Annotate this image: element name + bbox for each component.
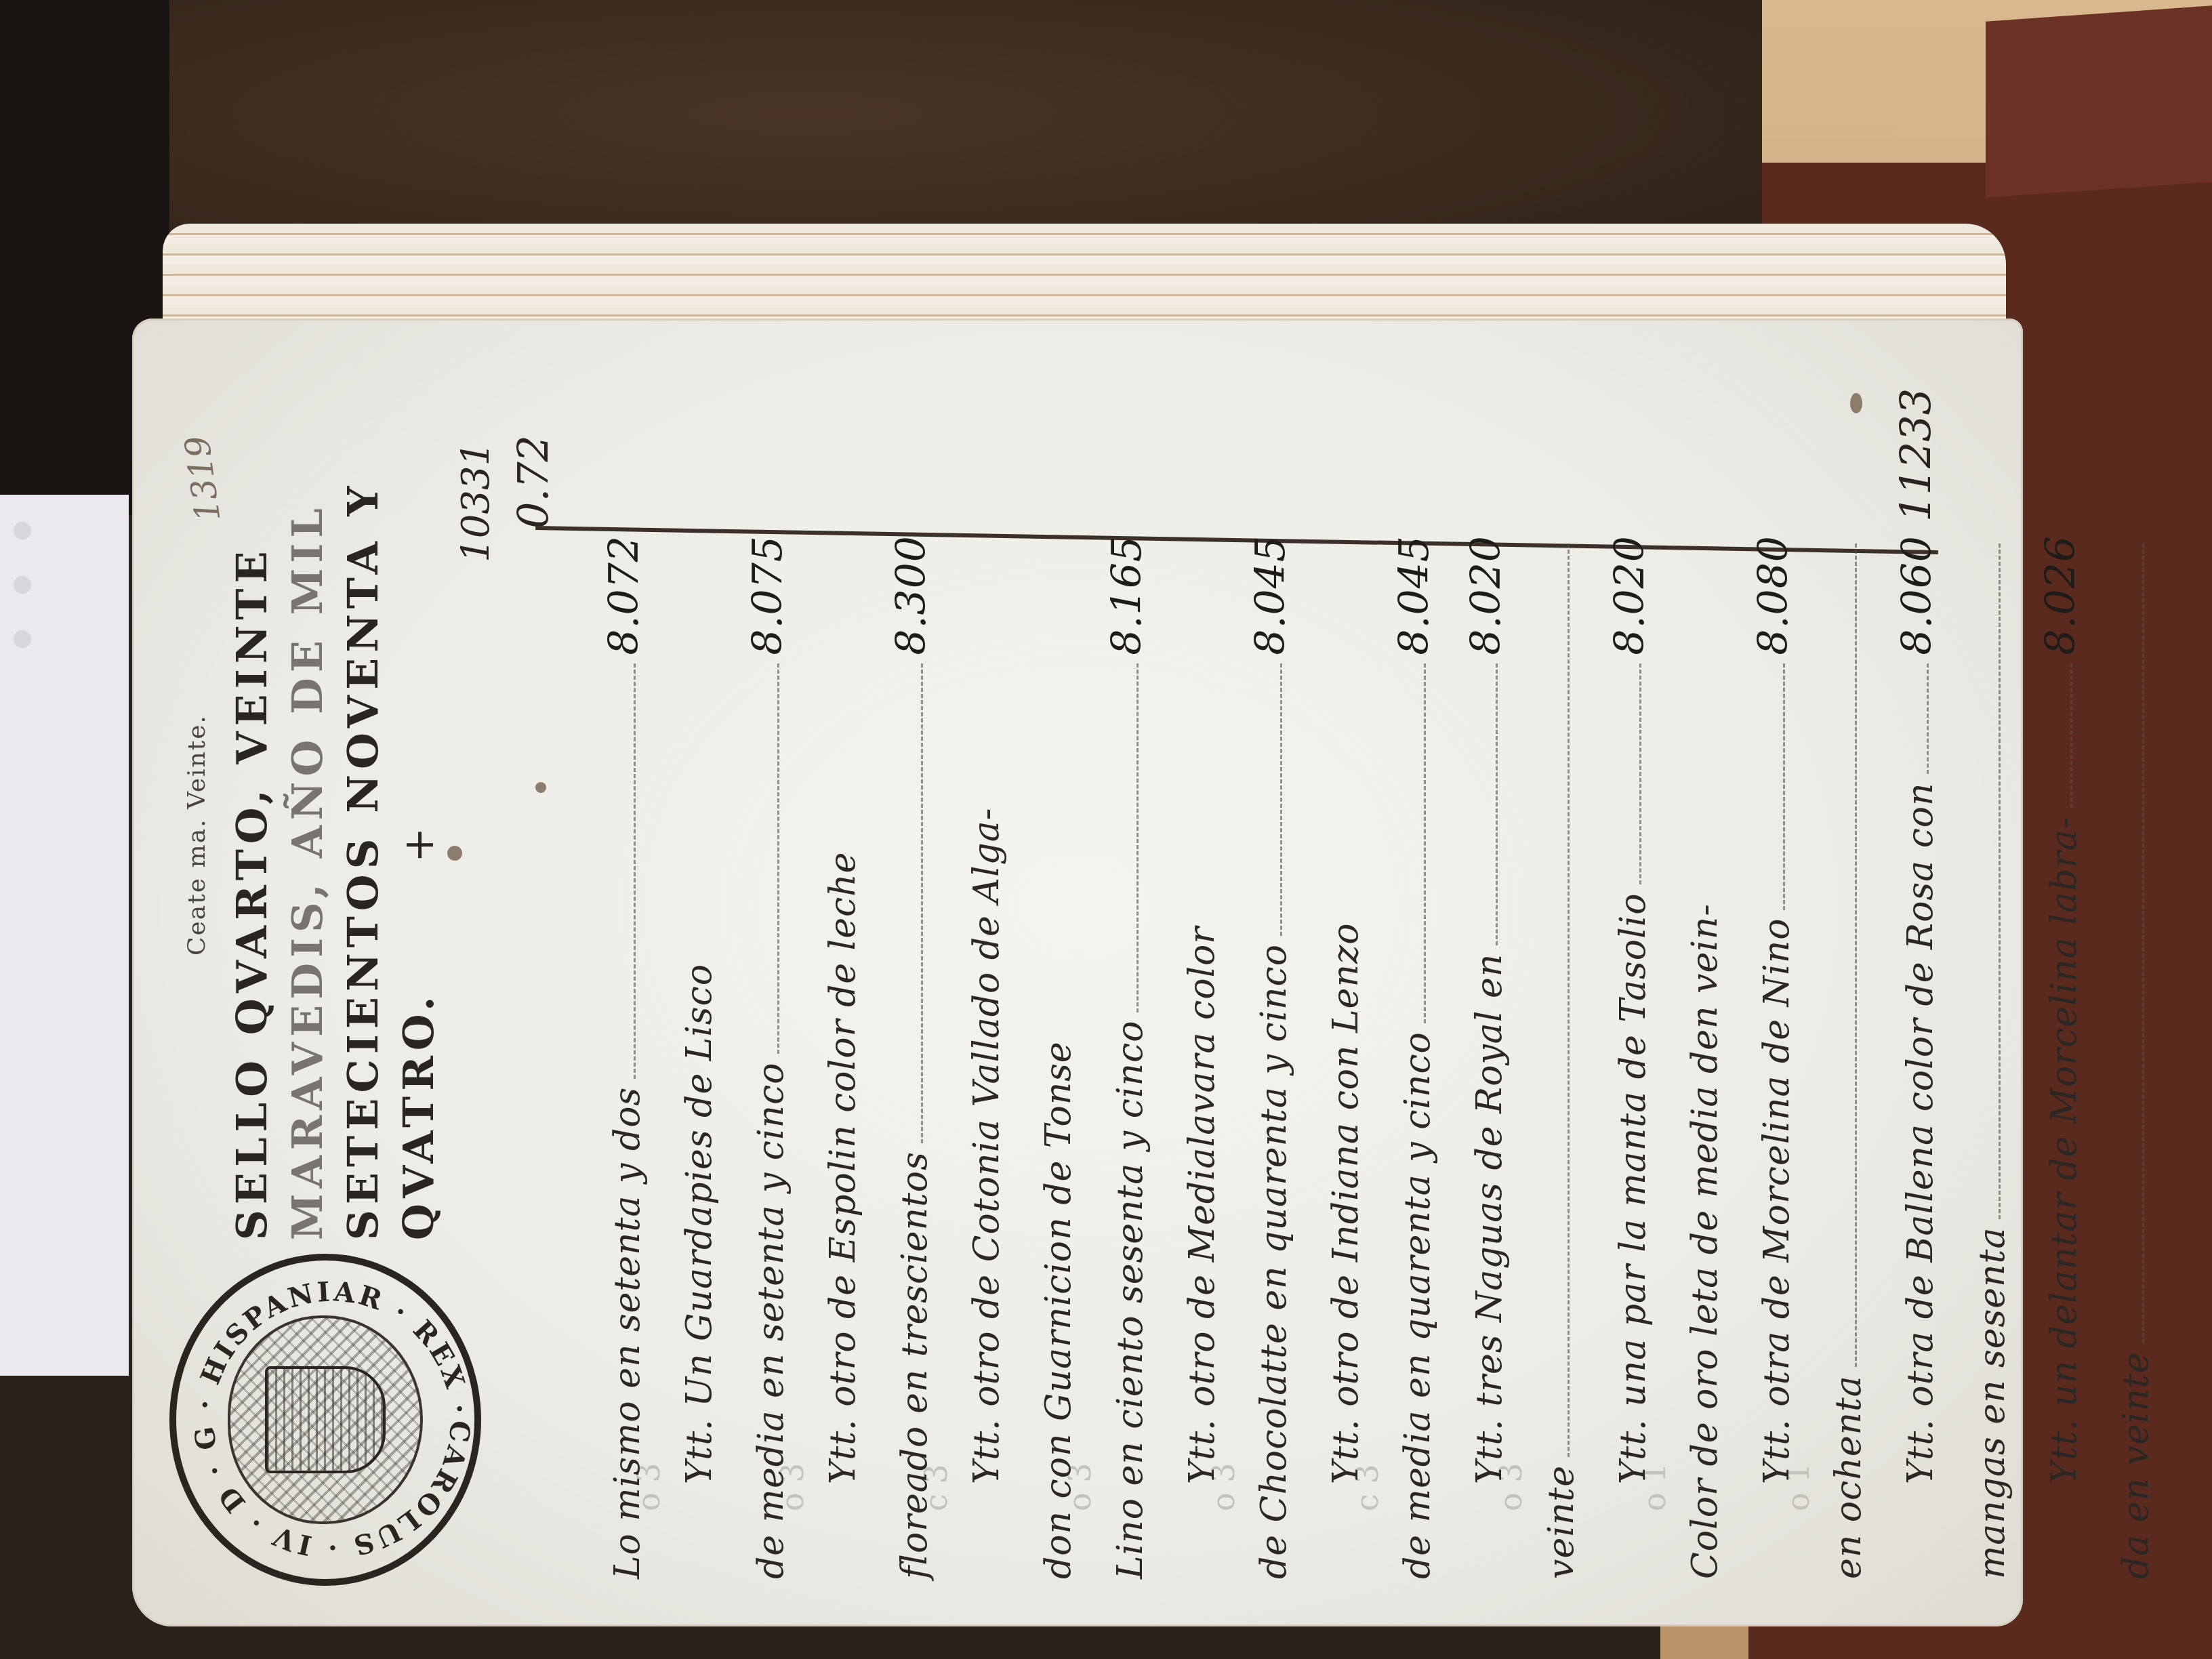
ledger-line: da en veinte (2085, 535, 2156, 1579)
stamp-line-2: MARAVEDIS, AÑO DE MIL (280, 427, 335, 1240)
line-amount: 8.045 (1247, 535, 1294, 655)
ledger-line: Ytt. otro de Medialavara color (1151, 535, 1223, 1579)
ledger-line: Ytt. una par la manta de Tasolio8.020 (1582, 535, 1654, 1579)
ledger-line: Color de oro leta de media den vein- (1654, 535, 1725, 1579)
line-amount: 8.075 (744, 535, 792, 655)
background-wood-lid (1986, 5, 2212, 197)
line-amount: 8.060 (1893, 535, 1941, 655)
line-amount: 8.300 (888, 535, 935, 655)
royal-seal: CAROLUS · IV · D · G · HISPANIAR · REX · (169, 1254, 481, 1586)
ledger-line: Ytt. otro de Espolin color de leche (792, 535, 863, 1579)
line-amount: 8.080 (1750, 535, 1797, 655)
ledger-line: de media en setenta y cinco8.075 (720, 535, 792, 1579)
ledger-line: de Chocolatte en quarenta y cinco8.045 (1223, 535, 1294, 1579)
ledger-line: don con Guarnicion de Tonse (1007, 535, 1079, 1579)
ledger-line: Lo mismo en setenta y dos8.072 (576, 535, 648, 1579)
wormhole-mark (1850, 393, 1862, 413)
ledger-line: Ytt. Un Guardapies de Lisco (648, 535, 720, 1579)
ledger-line: Ytt. otro de Cotonia Vallado de Alga- (935, 535, 1007, 1579)
stamp-line-1: SELLO QVARTO, VEINTE (224, 427, 280, 1240)
ledger-line: de media en quarenta y cinco8.045 (1366, 535, 1438, 1579)
ledger-line: Ytt. un delantar de Morcelina labra-8.02… (2013, 535, 2085, 1579)
line-amount: 8.072 (600, 535, 648, 655)
carry-line-amount: 0.72 (508, 435, 558, 529)
seal-legend: CAROLUS · IV · D · G · HISPANIAR · REX · (176, 1261, 474, 1579)
ledger-lines: Lo mismo en setenta y dos8.072 Ytt. Un G… (576, 535, 2156, 1579)
ledger-line: Ytt. otro de Indiana con Lenzo (1294, 535, 1366, 1579)
ledger-line: Ytt. otra de Ballena color de Rosa con8.… (1869, 535, 1941, 1579)
svg-text:CAROLUS · IV · D · G · HISPANI: CAROLUS · IV · D · G · HISPANIAR · REX · (188, 1275, 474, 1563)
seal-text-ring-icon: CAROLUS · IV · D · G · HISPANIAR · REX · (176, 1261, 474, 1579)
line-amount: 8.020 (1606, 535, 1654, 655)
carry-forward-amount: 10331 (454, 442, 498, 562)
line-amount: 8.045 (1391, 535, 1438, 655)
wormhole-mark (535, 782, 546, 793)
cross-mark: + (394, 822, 443, 863)
line-amount: 8.026 (2037, 535, 2085, 655)
line-amount: 8.165 (1103, 535, 1151, 655)
ledger-line: floreado en trescientos8.300 (863, 535, 935, 1579)
ledger-line: mangas en sesenta (1941, 535, 2013, 1579)
ledger-line: Ytt. tres Naguas de Royal en8.020 (1438, 535, 1510, 1579)
line-amount: 8.020 (1462, 535, 1510, 655)
stamp-line-3: SETECIENTOS NOVENTA Y (335, 427, 391, 1240)
ledger-line: Lino en ciento sesenta y cinco8.165 (1079, 535, 1151, 1579)
ledger-line: veinte (1510, 535, 1582, 1579)
page-content-rotated: CAROLUS · IV · D · G · HISPANIAR · REX ·… (156, 339, 1999, 1606)
manuscript-page: CAROLUS · IV · D · G · HISPANIAR · REX ·… (132, 319, 2023, 1626)
ledger-line: en ochenta (1797, 535, 1869, 1579)
stamp-line-4: QVATRO. + (391, 427, 447, 1240)
stamped-paper-header: Ceate ma. Veinte. SELLO QVARTO, VEINTE M… (183, 427, 447, 1240)
ledger-line: Ytt. otra de Morcelina de Nino8.080 (1725, 535, 1797, 1579)
running-total: 11233 (1891, 388, 1940, 522)
background-binder-sheet (0, 495, 129, 1376)
wormhole-mark (447, 846, 462, 861)
